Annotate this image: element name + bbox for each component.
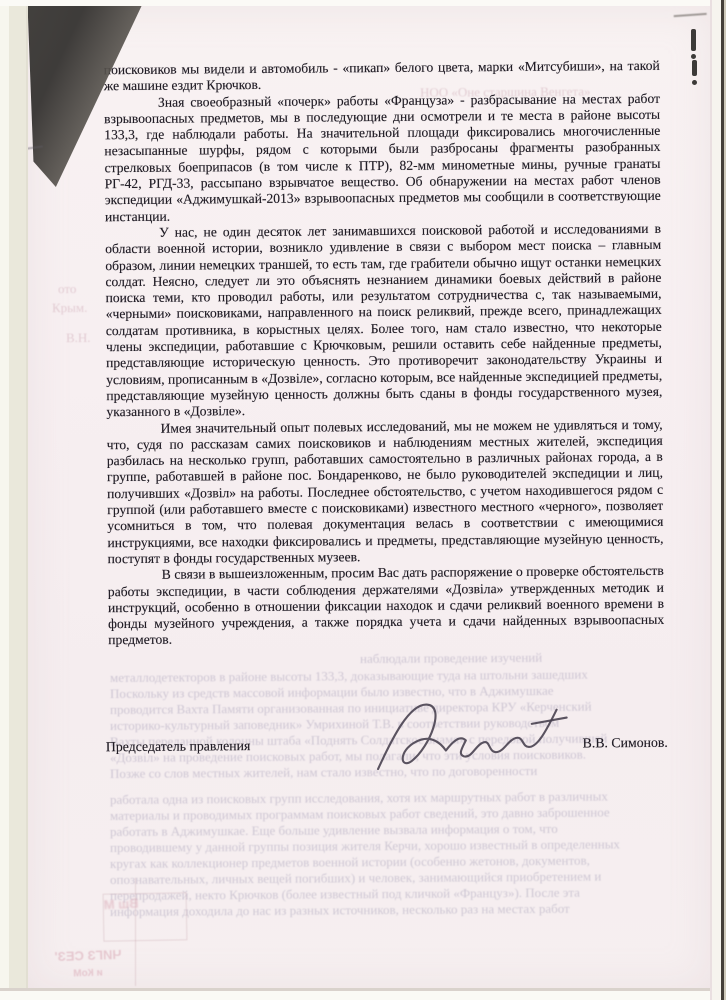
signature-autograph (371, 692, 572, 778)
paragraph: Имея значительный опыт полевых исследова… (107, 416, 664, 567)
scanner-bed-left-strip (0, 0, 28, 1000)
staple-mark-2-dot (692, 80, 697, 85)
signer-name: В.В. Симонов. (583, 735, 668, 752)
letter-body: поисковиков мы видели и автомобиль - «пи… (104, 58, 665, 649)
paragraph: поисковиков мы видели и автомобиль - «пи… (104, 58, 660, 95)
staple-mark-1 (691, 29, 696, 51)
signature-block: Председатель правления В.В. Симонов. (106, 731, 668, 795)
paragraph: В связи в вышеизложенным, просим Вас дат… (108, 563, 665, 649)
paragraph: Зная своеобразный «почерк» работы «Франц… (104, 90, 661, 225)
scratch-mark (674, 13, 708, 26)
scan-edge-top (0, 0, 726, 6)
signer-title: Председатель правления (106, 738, 251, 755)
scanned-page: НОО «Оне старшина Венгета» ото Крым. В.Н… (0, 0, 726, 1000)
scan-edge-bottom (0, 988, 726, 1000)
underlying-page-edge (710, 0, 721, 1000)
bleedthrough-stamp-box: Вш М (103, 892, 188, 941)
paragraph: У нас, не один десяток лет занимавшихся … (105, 221, 663, 421)
stamp-text: Вш М (103, 896, 138, 913)
staple-mark-2 (692, 60, 697, 76)
staple-mark-1-dot (691, 54, 696, 59)
signature-stroke (378, 704, 557, 769)
stamp-text: и КоМ (48, 965, 128, 983)
